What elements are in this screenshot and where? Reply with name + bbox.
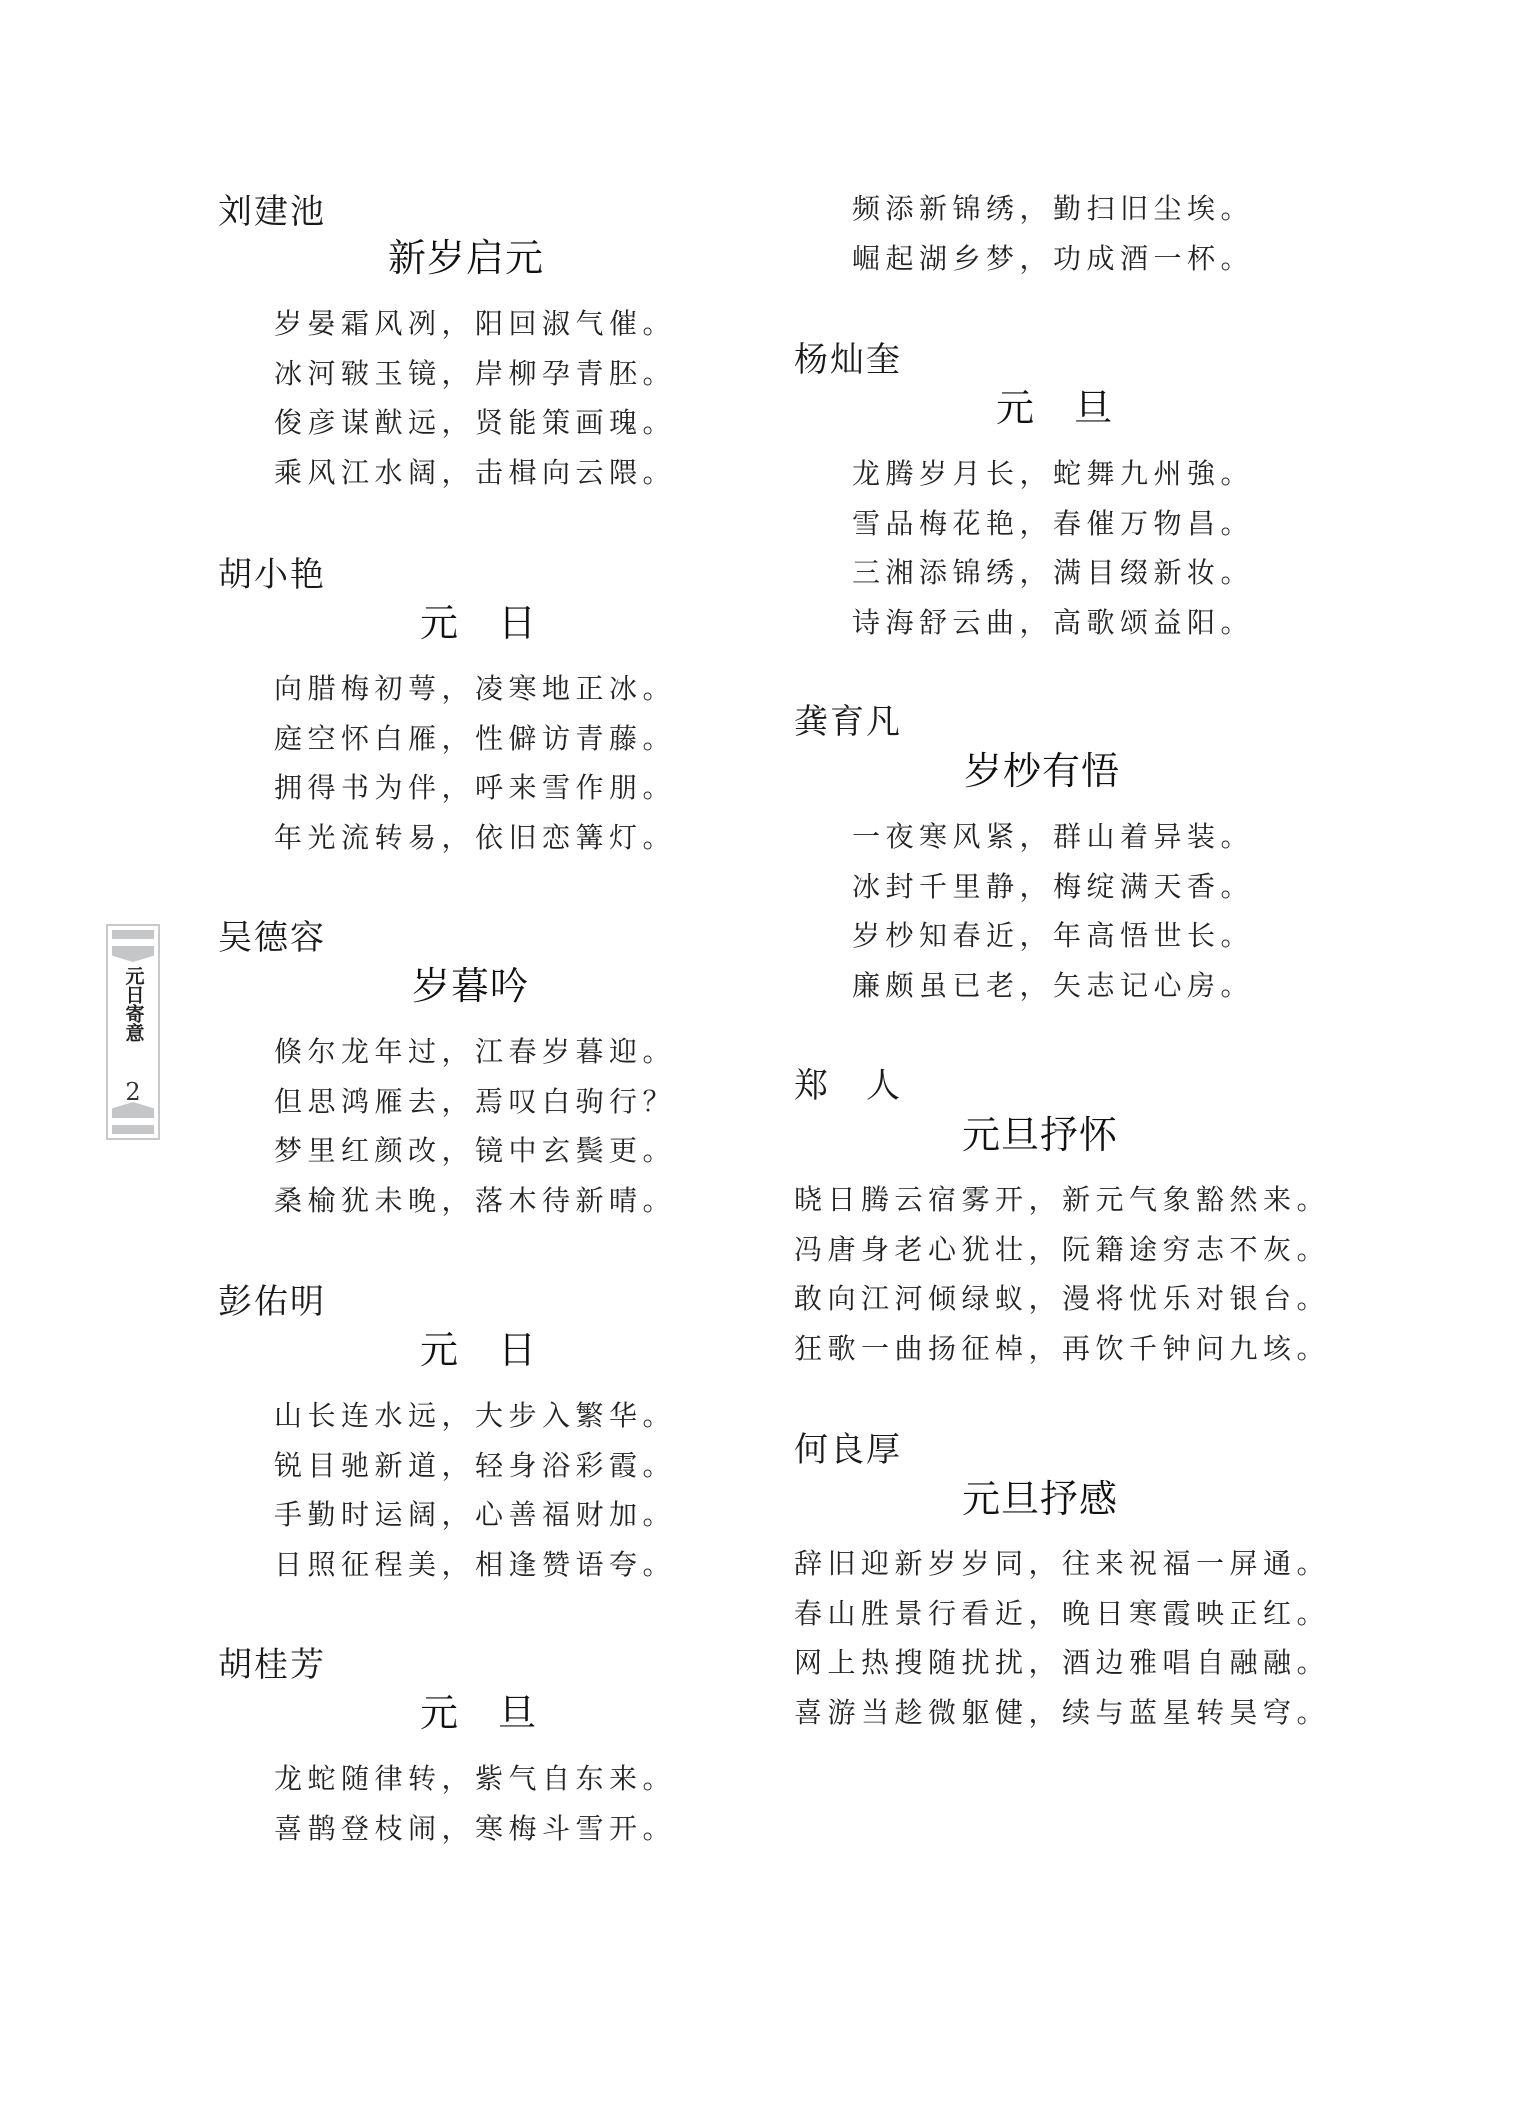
poem-author: 杨灿奎 [794,340,902,380]
poem-line: 龙蛇随律转，紫气自东来。 [274,1754,676,1804]
side-tab: 元日寄意 2 [106,924,160,1140]
poem-lines: 向腊梅初萼，凌寒地正冰。 庭空怀白雁，性僻访青藤。 拥得书为伴，呼来雪作朋。 年… [274,664,676,862]
poem-lines: 一夜寒风紧，群山着异装。 冰封千里静，梅绽满天香。 岁杪知春近，年高悟世长。 廉… [852,812,1254,1010]
poem-lines: 倏尔龙年过，江春岁暮迎。 但思鸿雁去，焉叹白驹行？ 梦里红颜改，镜中玄鬓更。 桑… [274,1027,676,1225]
poem-author: 胡小艳 [218,555,326,595]
poem-line: 狂歌一曲扬征棹，再饮千钟问九垓。 [794,1324,1330,1374]
poem-lines-continued: 频添新锦绣，勤扫旧尘埃。 崛起湖乡梦，功成酒一杯。 [852,184,1254,283]
poem-author: 郑 人 [794,1066,902,1106]
tab-top-bar [112,930,154,939]
poem-lines: 山长连水远，大步入繁华。 锐目驰新道，轻身浴彩霞。 手勤时运阔，心善福财加。 日… [274,1391,676,1589]
poem-line: 桑榆犹未晚，落木待新晴。 [274,1176,676,1226]
poem-line: 网上热搜随扰扰，酒边雅唱自融融。 [794,1638,1330,1688]
poem-line: 廉颇虽已老，矢志记心房。 [852,961,1254,1011]
poem-lines: 龙蛇随律转，紫气自东来。 喜鹊登枝闹，寒梅斗雪开。 [274,1754,676,1853]
poem-title: 元旦抒感 [962,1476,1118,1522]
poem-lines: 龙腾岁月长，蛇舞九州強。 雪品梅花艳，春催万物昌。 三湘添锦绣，满目缀新妆。 诗… [852,449,1254,647]
poem-lines: 晓日腾云宿雾开，新元气象豁然来。 冯唐身老心犹壮，阮籍途穷志不灰。 敢向江河倾绿… [794,1175,1330,1373]
poem-line: 俊彦谋猷远，贤能策画瑰。 [274,398,676,448]
poem-line: 龙腾岁月长，蛇舞九州強。 [852,449,1254,499]
poem-line: 倏尔龙年过，江春岁暮迎。 [274,1027,676,1077]
poem-title: 元 日 [420,600,550,646]
poem-line: 三湘添锦绣，满目缀新妆。 [852,548,1254,598]
poem-author: 龚育凡 [794,702,902,742]
poem-line: 岁杪知春近，年高悟世长。 [852,911,1254,961]
tab-chevron-top-icon [112,946,154,962]
poem-line: 春山胜景行看近，晚日寒霞映正红。 [794,1589,1330,1639]
poem-line: 山长连水远，大步入繁华。 [274,1391,676,1441]
poem-line: 频添新锦绣，勤扫旧尘埃。 [852,184,1254,234]
poem-title: 元旦抒怀 [962,1112,1118,1158]
poem-line: 晓日腾云宿雾开，新元气象豁然来。 [794,1175,1330,1225]
poem-author: 彭佑明 [218,1282,326,1322]
poem-line: 崛起湖乡梦，功成酒一杯。 [852,234,1254,284]
poem-title: 元 旦 [996,385,1126,431]
page: 元日寄意 2 刘建池 新岁启元 岁晏霜风冽，阳回淑气催。 冰河皲玉镜，岸柳孕青胚… [0,0,1525,2115]
poem-title: 元 旦 [420,1690,550,1736]
page-number: 2 [108,1078,158,1106]
poem-line: 年光流转易，依旧恋篝灯。 [274,813,676,863]
poem-line: 喜鹊登枝闹，寒梅斗雪开。 [274,1804,676,1854]
poem-title: 元 日 [420,1327,550,1373]
poem-line: 日照征程美，相逢赞语夸。 [274,1540,676,1590]
poem-line: 锐目驰新道，轻身浴彩霞。 [274,1441,676,1491]
poem-line: 岁晏霜风冽，阳回淑气催。 [274,299,676,349]
tab-bottom-bar [112,1125,154,1134]
poem-line: 一夜寒风紧，群山着异装。 [852,812,1254,862]
poem-line: 拥得书为伴，呼来雪作朋。 [274,763,676,813]
poem-line: 乘风江水阔，击楫向云隈。 [274,448,676,498]
poem-title: 岁暮吟 [412,963,529,1009]
side-tab-label: 元日寄意 [120,966,147,1042]
poem-line: 冯唐身老心犹壮，阮籍途穷志不灰。 [794,1225,1330,1275]
poem-author: 何良厚 [794,1430,902,1470]
poem-lines: 岁晏霜风冽，阳回淑气催。 冰河皲玉镜，岸柳孕青胚。 俊彦谋猷远，贤能策画瑰。 乘… [274,299,676,497]
poem-line: 冰河皲玉镜，岸柳孕青胚。 [274,349,676,399]
poem-line: 庭空怀白雁，性僻访青藤。 [274,714,676,764]
poem-author: 吴德容 [218,918,326,958]
poem-lines: 辞旧迎新岁岁同，往来祝福一屏通。 春山胜景行看近，晚日寒霞映正红。 网上热搜随扰… [794,1539,1330,1737]
poem-line: 喜游当趁微躯健，续与蓝星转昊穹。 [794,1688,1330,1738]
poem-line: 向腊梅初萼，凌寒地正冰。 [274,664,676,714]
poem-line: 敢向江河倾绿蚁，漫将忧乐对银台。 [794,1274,1330,1324]
poem-line: 辞旧迎新岁岁同，往来祝福一屏通。 [794,1539,1330,1589]
poem-author: 刘建池 [218,192,326,232]
poem-title: 新岁启元 [388,235,544,281]
poem-line: 梦里红颜改，镜中玄鬓更。 [274,1126,676,1176]
poem-title: 岁杪有悟 [964,748,1120,794]
poem-line: 冰封千里静，梅绽满天香。 [852,862,1254,912]
poem-line: 诗海舒云曲，高歌颂益阳。 [852,598,1254,648]
poem-author: 胡桂芳 [218,1645,326,1685]
poem-line: 手勤时运阔，心善福财加。 [274,1490,676,1540]
poem-line: 但思鸿雁去，焉叹白驹行？ [274,1077,676,1127]
poem-line: 雪品梅花艳，春催万物昌。 [852,499,1254,549]
